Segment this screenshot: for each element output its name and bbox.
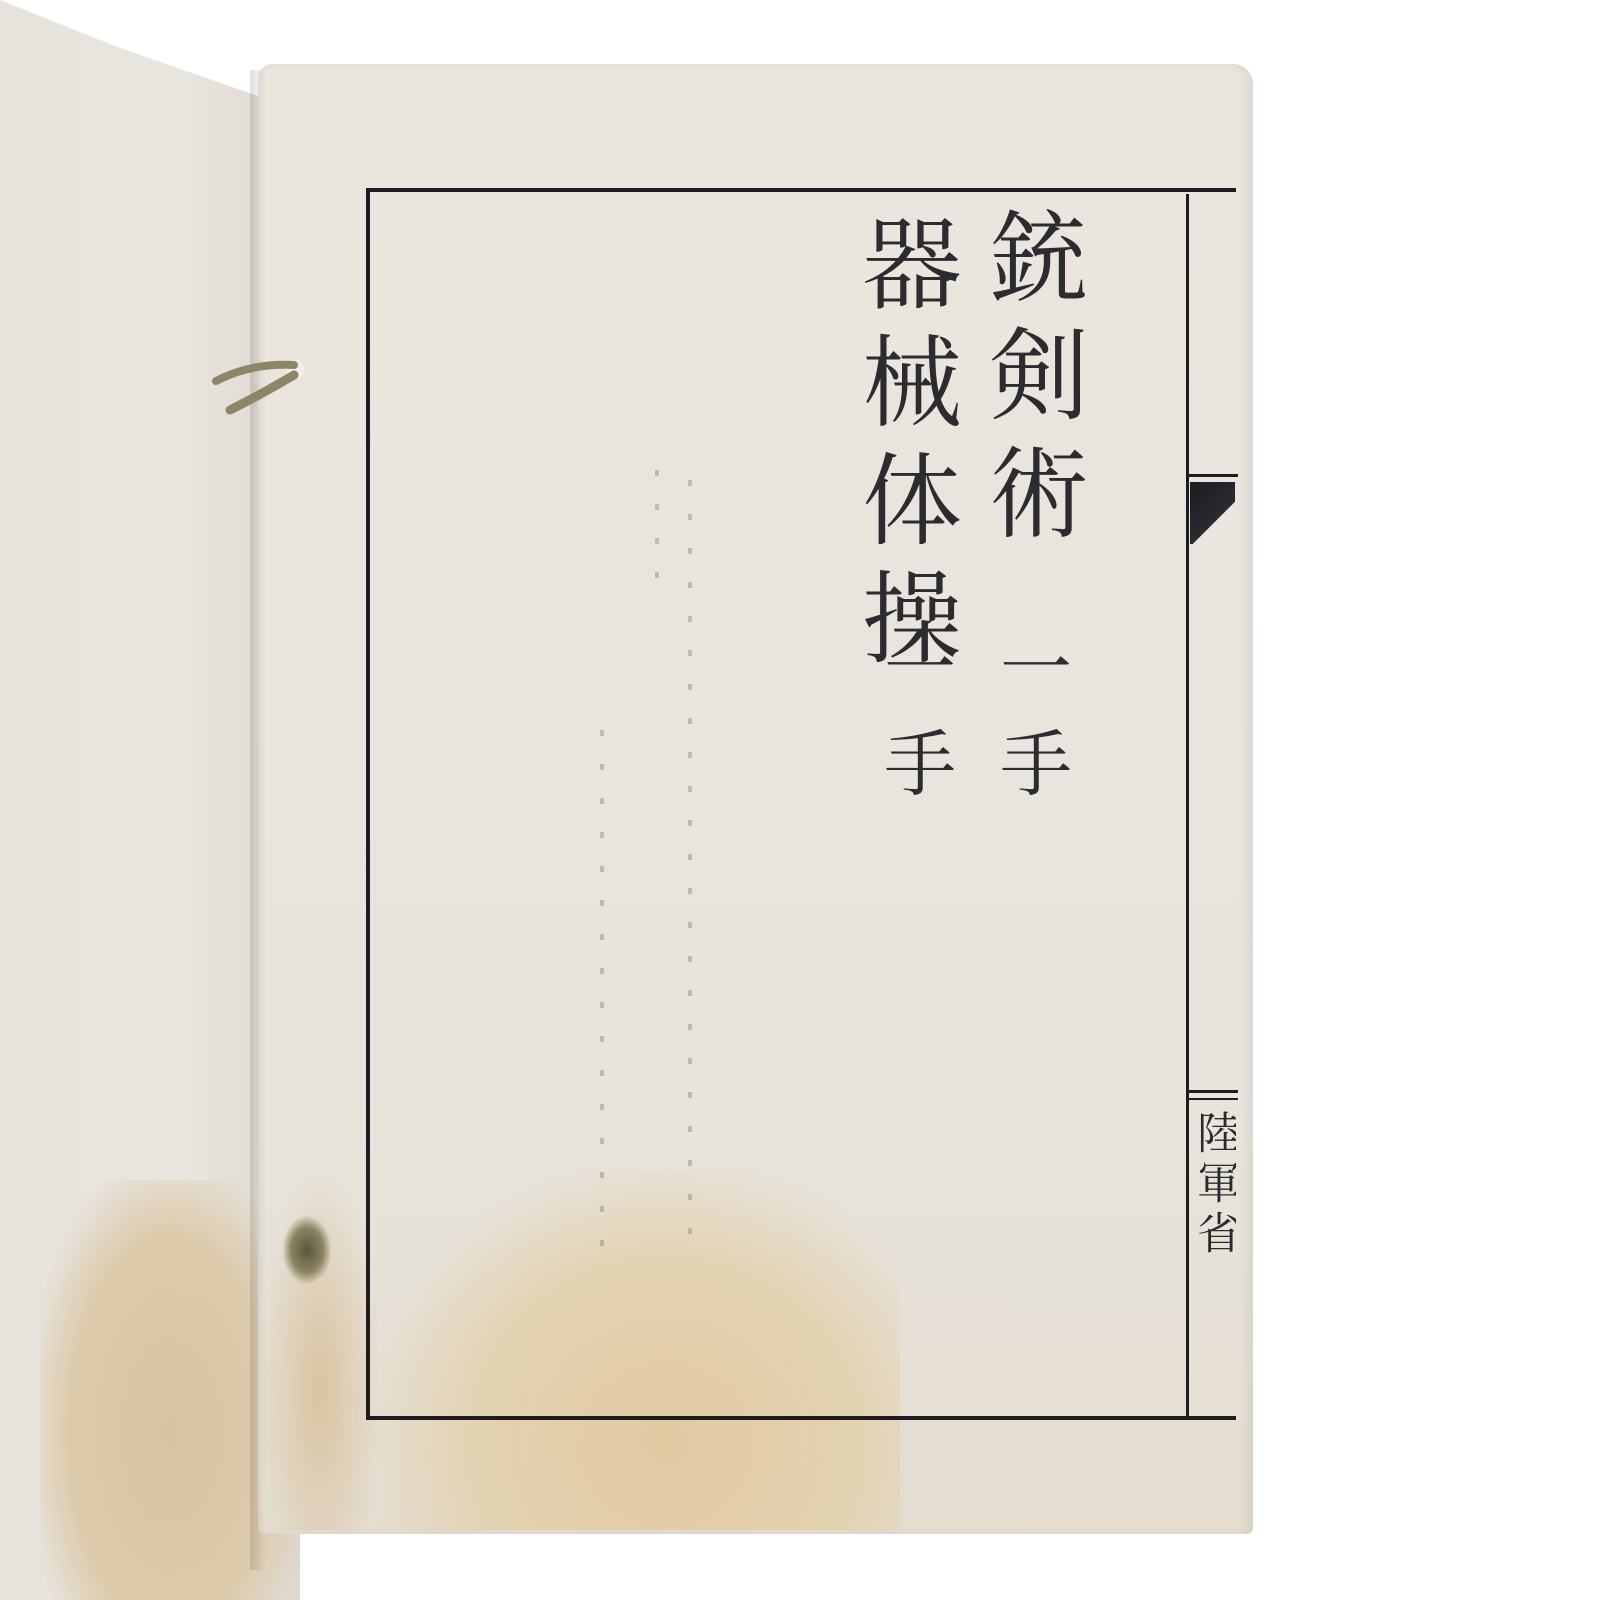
volume-label-1: 一手 [990,630,1070,822]
bleed-through-marks [600,730,604,1250]
printed-border-frame [366,188,1236,1420]
publisher-text: 陸軍省 [1196,1110,1236,1370]
title-line-1: 銃剣術 [975,205,1085,559]
side-panel-rule-bottom-2 [1188,1098,1238,1100]
side-panel-rule-bottom [1188,1090,1238,1093]
side-panel-rule-top [1188,474,1238,477]
binding-thread-icon [210,355,305,415]
side-panel-black-mark [1190,482,1235,544]
volume-label-2: 一手 [874,630,954,822]
binding-knot-icon [282,1215,332,1285]
bleed-through-marks [688,480,692,1260]
border-divider-line [1186,194,1189,1420]
bleed-through-marks [655,470,659,580]
title-line-2: 器械体操 [848,212,958,684]
